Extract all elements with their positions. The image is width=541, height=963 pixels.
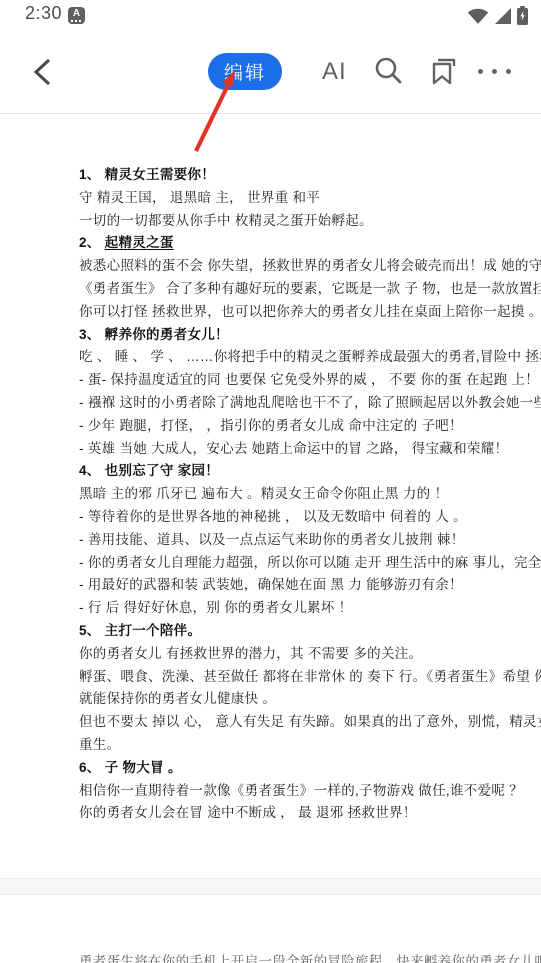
doc-paragraph: 你的勇者女儿 有拯救世界的潜力，其 不需要 多的关注。 (79, 643, 541, 666)
doc-heading: 2、 起精灵之蛋 (79, 232, 541, 255)
doc-paragraph: 黑暗 主的邪 爪牙已 遍布大 。精灵女王命令你阻止黑 力的 ！ (79, 483, 541, 506)
doc-paragraph: - 等待着你的是世界各地的神秘挑 ， 以及无数暗中 伺着的 人 。 (79, 506, 541, 529)
ai-button[interactable]: AI (316, 57, 353, 87)
doc-paragraph: 重生。 (79, 734, 541, 757)
toolbar: 编辑 AI (0, 28, 541, 113)
bookmark-button[interactable] (428, 56, 458, 89)
doc-paragraph: 你可以打怪 拯救世界，也可以把你养大的勇者女儿挂在桌面上陪你一起摸 。 (79, 301, 541, 324)
doc-paragraph: 被悉心照料的蛋不会 你失望，拯救世界的勇者女儿将会破壳而出！成 她的守 者，陪伴… (79, 255, 541, 278)
more-dots-icon (506, 69, 511, 74)
doc-paragraph: 一切的一切都要从你手中 枚精灵之蛋开始孵起。 (79, 210, 541, 233)
doc-heading: 4、 也别忘了守 家园！ (79, 460, 541, 483)
doc-heading: 6、 子 物大冒 。 (79, 757, 541, 780)
bookmark-icon (428, 56, 458, 86)
page-separator (0, 878, 541, 895)
document-next-page[interactable]: 勇者蛋生将在你的手机上开启一段全新的冒险旅程，快来孵养你的勇者女儿吧！ (0, 896, 541, 963)
chevron-left-icon (32, 57, 54, 87)
doc-paragraph: - 蛋- 保持温度适宜的同 也要保 它免受外界的威 ， 不要 你的蛋 在起跑 上… (79, 369, 541, 392)
doc-paragraph: 守 精灵王国， 退黑暗 主， 世界重 和平 (79, 187, 541, 210)
doc-heading: 1、 精灵女王需要你！ (79, 164, 541, 187)
search-button[interactable] (373, 56, 403, 89)
doc-paragraph: 但也不要太 掉以 心， 意人有失足 有失蹄。如果真的出了意外，别慌，精灵女王会 … (79, 711, 541, 734)
a-notification-icon: A (68, 7, 85, 24)
doc-paragraph: 《勇者蛋生》 合了多种有趣好玩的要素，它既是一款 子 物，也是一款放置挂机,来虽… (79, 278, 541, 301)
doc-paragraph: - 你的勇者女儿自理能力超强，所以你可以随 走开 理生活中的麻 事儿，完全不用担… (79, 552, 541, 575)
doc-paragraph: 你的勇者女儿会在冒 途中不断成 ， 最 退邪 拯救世界！ (79, 802, 541, 825)
doc-paragraph: - 用最好的武器和装 武装她，确保她在面 黑 力 能够游刃有余！ (79, 574, 541, 597)
clock: 2:30 (25, 3, 62, 24)
doc-paragraph: 孵蛋、喂食、洗澡、甚至做任 都将在非常休 的 奏下 行。《勇者蛋生》希望 你一段… (79, 666, 541, 689)
doc-paragraph: - 英雄 当她 大成人，安心去 她踏上命运中的冒 之路， 得宝藏和荣耀！ (79, 438, 541, 461)
document-page[interactable]: 1、 精灵女王需要你！守 精灵王国， 退黑暗 主， 世界重 和平一切的一切都要从… (0, 114, 541, 878)
status-bar: 2:30 A (0, 0, 541, 28)
wifi-icon (467, 8, 489, 25)
doc-paragraph: - 少年 跑腿，打怪， ，指引你的勇者女儿成 命中注定的 子吧！ (79, 415, 541, 438)
doc-heading: 5、 主打一个陪伴。 (79, 620, 541, 643)
doc-paragraph: - 行 后 得好好休息，别 你的勇者女儿累坏 ！ (79, 597, 541, 620)
doc-paragraph: 吃 、 睡 、 学 、 ……你将把手中的精灵之蛋孵养成最强大的勇者,冒险中 拯救… (79, 346, 541, 369)
doc-paragraph: - 善用技能、道具、以及一点点运气来助你的勇者女儿披荆 棘！ (79, 529, 541, 552)
app-screen: 2:30 A 编辑 AI (0, 0, 541, 963)
battery-charging-icon (517, 6, 528, 25)
more-dots-icon (478, 69, 483, 74)
doc-heading: 3、 孵养你的勇者女儿！ (79, 324, 541, 347)
doc-paragraph: - 襁褓 这时的小勇者除了满地乱爬啥也干不了，除了照顾起居以外教会她一些基础知识… (79, 392, 541, 415)
search-icon (373, 56, 403, 86)
doc-paragraph: 相信你一直期待着一款像《勇者蛋生》一样的,子物游戏 做任,谁不爱呢 ？ (79, 780, 541, 803)
more-dots-icon (492, 69, 497, 74)
back-button[interactable] (26, 56, 52, 86)
more-options-button[interactable] (478, 66, 516, 76)
cellular-signal-icon (494, 8, 512, 25)
edit-button[interactable]: 编辑 (208, 53, 282, 90)
doc-paragraph: 就能保持你的勇者女儿健康快 。 (79, 688, 541, 711)
clipped-text-line: 勇者蛋生将在你的手机上开启一段全新的冒险旅程，快来孵养你的勇者女儿吧！ (79, 950, 541, 963)
